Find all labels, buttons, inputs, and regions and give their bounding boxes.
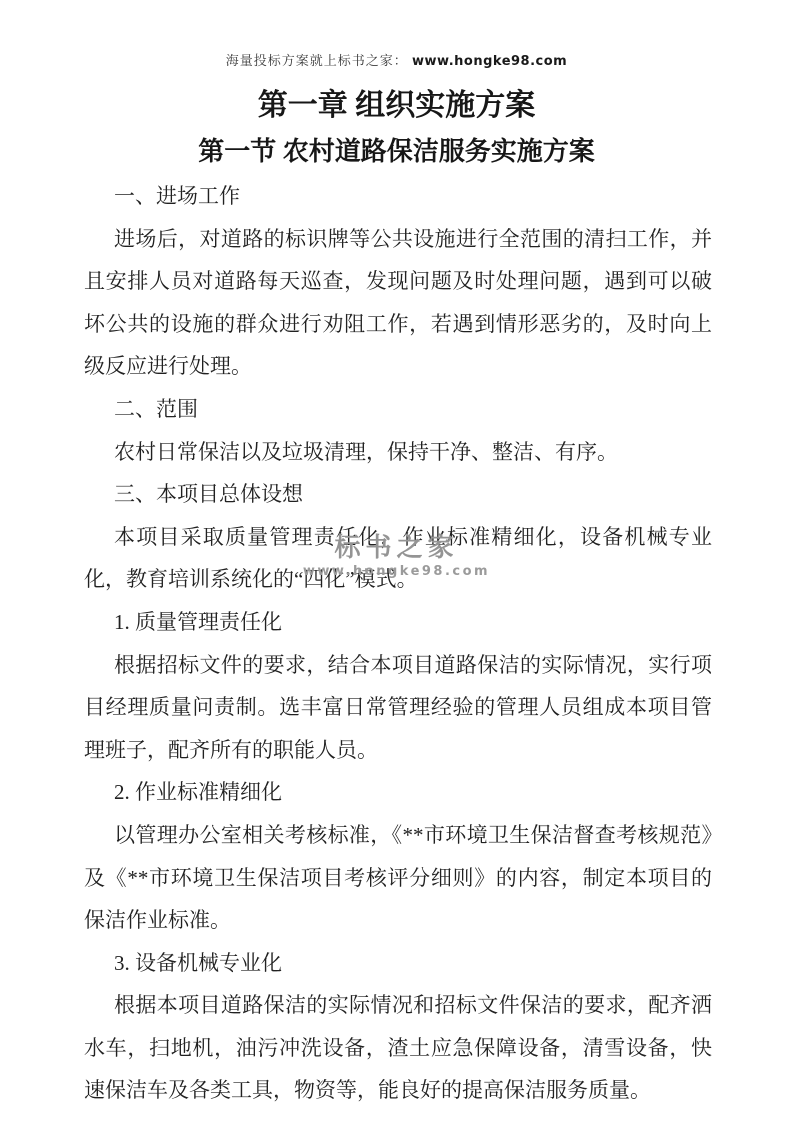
- section-title: 第一节 农村道路保洁服务实施方案: [0, 135, 793, 169]
- page-header: 海量投标方案就上标书之家： www.hongke98.com: [0, 50, 793, 69]
- header-site-note: 海量投标方案就上标书之家：: [226, 53, 408, 68]
- chapter-title: 第一章 组织实施方案: [0, 87, 793, 125]
- section-heading: 二、范围: [84, 388, 712, 431]
- paragraph: 农村日常保洁以及垃圾清理，保持干净、整洁、有序。: [84, 431, 712, 474]
- section-heading: 三、本项目总体设想: [84, 473, 712, 516]
- paragraph: 根据招标文件的要求，结合本项目道路保洁的实际情况，实行项目经理质量问责制。选丰富…: [84, 644, 712, 772]
- document-page: 海量投标方案就上标书之家： www.hongke98.com 第一章 组织实施方…: [0, 0, 793, 1122]
- numbered-heading: 1. 质量管理责任化: [84, 601, 712, 644]
- numbered-heading: 3. 设备机械专业化: [84, 942, 712, 985]
- document-body: 一、进场工作 进场后，对道路的标识牌等公共设施进行全范围的清扫工作，并且安排人员…: [84, 175, 712, 1112]
- paragraph: 以管理办公室相关考核标准，《**市环境卫生保洁督查考核规范》及《**市环境卫生保…: [84, 814, 712, 942]
- paragraph: 根据本项目道路保洁的实际情况和招标文件保洁的要求，配齐洒水车，扫地机，油污冲洗设…: [84, 984, 712, 1112]
- paragraph: 进场后，对道路的标识牌等公共设施进行全范围的清扫工作，并且安排人员对道路每天巡查…: [84, 218, 712, 388]
- paragraph: 本项目采取质量管理责任化，作业标准精细化，设备机械专业化，教育培训系统化的“四化…: [84, 516, 712, 601]
- header-site-url: www.hongke98.com: [412, 54, 567, 69]
- numbered-heading: 2. 作业标准精细化: [84, 771, 712, 814]
- section-heading: 一、进场工作: [84, 175, 712, 218]
